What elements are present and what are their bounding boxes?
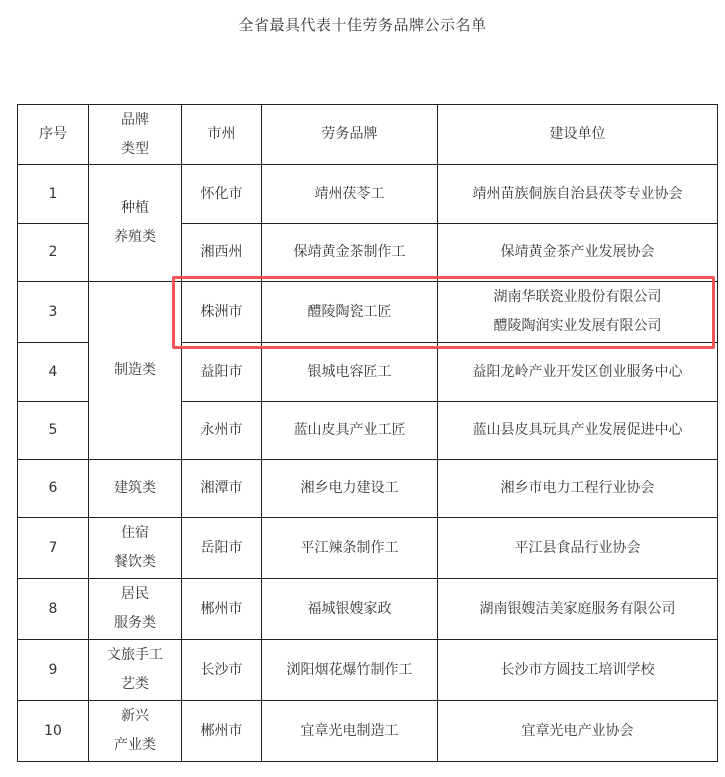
cell-unit: 靖州苗族侗族自治县茯苓专业协会 bbox=[438, 165, 718, 224]
cell-brand: 蓝山皮具产业工匠 bbox=[262, 402, 438, 460]
category-line: 住宿 bbox=[89, 519, 181, 548]
cell-category: 居民 服务类 bbox=[89, 579, 182, 640]
cell-no: 2 bbox=[18, 224, 89, 282]
cell-no: 9 bbox=[18, 640, 89, 701]
table-row: 8 居民 服务类 郴州市 福城银嫂家政 湖南银嫂洁美家庭服务有限公司 bbox=[18, 579, 718, 640]
table-row: 10 新兴 产业类 郴州市 宜章光电制造工 宜章光电产业协会 bbox=[18, 701, 718, 762]
cell-category: 建筑类 bbox=[89, 460, 182, 518]
cell-city: 湘西州 bbox=[182, 224, 262, 282]
cell-city: 长沙市 bbox=[182, 640, 262, 701]
cell-city: 永州市 bbox=[182, 402, 262, 460]
cell-brand: 靖州茯苓工 bbox=[262, 165, 438, 224]
category-line: 居民 bbox=[89, 580, 181, 609]
header-category: 品牌 类型 bbox=[89, 105, 182, 165]
table-row: 7 住宿 餐饮类 岳阳市 平江辣条制作工 平江县食品行业协会 bbox=[18, 518, 718, 579]
cell-brand: 宜章光电制造工 bbox=[262, 701, 438, 762]
cell-city: 郴州市 bbox=[182, 701, 262, 762]
cell-category: 种植 养殖类 bbox=[89, 165, 182, 282]
cell-no: 4 bbox=[18, 343, 89, 402]
cell-brand: 平江辣条制作工 bbox=[262, 518, 438, 579]
cell-no: 7 bbox=[18, 518, 89, 579]
cell-unit: 平江县食品行业协会 bbox=[438, 518, 718, 579]
header-category-line2: 类型 bbox=[89, 135, 181, 164]
header-unit: 建设单位 bbox=[438, 105, 718, 165]
table-header-row: 序号 品牌 类型 市州 劳务品牌 建设单位 bbox=[18, 105, 718, 165]
cell-brand: 福城银嫂家政 bbox=[262, 579, 438, 640]
cell-brand: 保靖黄金茶制作工 bbox=[262, 224, 438, 282]
category-line: 新兴 bbox=[89, 702, 181, 731]
header-city: 市州 bbox=[182, 105, 262, 165]
cell-brand: 浏阳烟花爆竹制作工 bbox=[262, 640, 438, 701]
header-brand: 劳务品牌 bbox=[262, 105, 438, 165]
header-category-line1: 品牌 bbox=[89, 106, 181, 135]
cell-no: 8 bbox=[18, 579, 89, 640]
category-line: 产业类 bbox=[89, 731, 181, 760]
cell-no: 1 bbox=[18, 165, 89, 224]
cell-city: 岳阳市 bbox=[182, 518, 262, 579]
cell-category: 住宿 餐饮类 bbox=[89, 518, 182, 579]
cell-city: 郴州市 bbox=[182, 579, 262, 640]
header-no: 序号 bbox=[18, 105, 89, 165]
unit-line: 醴陵陶润实业发展有限公司 bbox=[438, 312, 717, 341]
cell-no: 6 bbox=[18, 460, 89, 518]
table-row-highlighted: 3 制造类 株洲市 醴陵陶瓷工匠 湖南华联瓷业股份有限公司 醴陵陶润实业发展有限… bbox=[18, 282, 718, 343]
cell-city: 湘潭市 bbox=[182, 460, 262, 518]
cell-brand: 银城电容匠工 bbox=[262, 343, 438, 402]
cell-category: 制造类 bbox=[89, 282, 182, 460]
cell-brand: 湘乡电力建设工 bbox=[262, 460, 438, 518]
cell-unit: 蓝山县皮具玩具产业发展促进中心 bbox=[438, 402, 718, 460]
category-line: 服务类 bbox=[89, 609, 181, 638]
cell-no: 3 bbox=[18, 282, 89, 343]
table-row: 1 种植 养殖类 怀化市 靖州茯苓工 靖州苗族侗族自治县茯苓专业协会 bbox=[18, 165, 718, 224]
cell-no: 10 bbox=[18, 701, 89, 762]
cell-unit: 宜章光电产业协会 bbox=[438, 701, 718, 762]
cell-unit: 益阳龙岭产业开发区创业服务中心 bbox=[438, 343, 718, 402]
page-title: 全省最具代表十佳劳务品牌公示名单 bbox=[0, 14, 725, 35]
unit-line: 湖南华联瓷业股份有限公司 bbox=[438, 283, 717, 312]
cell-category: 文旅手工 艺类 bbox=[89, 640, 182, 701]
category-line: 养殖类 bbox=[89, 223, 181, 252]
cell-unit: 湘乡市电力工程行业协会 bbox=[438, 460, 718, 518]
cell-brand: 醴陵陶瓷工匠 bbox=[262, 282, 438, 343]
cell-no: 5 bbox=[18, 402, 89, 460]
brand-list-table: 序号 品牌 类型 市州 劳务品牌 建设单位 1 种植 养殖类 怀化市 靖州茯苓工… bbox=[17, 104, 718, 762]
table-row: 9 文旅手工 艺类 长沙市 浏阳烟花爆竹制作工 长沙市方圆技工培训学校 bbox=[18, 640, 718, 701]
cell-unit: 湖南银嫂洁美家庭服务有限公司 bbox=[438, 579, 718, 640]
category-line: 文旅手工 bbox=[89, 641, 181, 670]
cell-category: 新兴 产业类 bbox=[89, 701, 182, 762]
table-row: 6 建筑类 湘潭市 湘乡电力建设工 湘乡市电力工程行业协会 bbox=[18, 460, 718, 518]
cell-unit: 长沙市方圆技工培训学校 bbox=[438, 640, 718, 701]
cell-city: 怀化市 bbox=[182, 165, 262, 224]
category-line: 餐饮类 bbox=[89, 548, 181, 577]
category-line: 种植 bbox=[89, 194, 181, 223]
category-line: 艺类 bbox=[89, 670, 181, 699]
cell-unit: 湖南华联瓷业股份有限公司 醴陵陶润实业发展有限公司 bbox=[438, 282, 718, 343]
cell-city: 益阳市 bbox=[182, 343, 262, 402]
cell-city: 株洲市 bbox=[182, 282, 262, 343]
cell-unit: 保靖黄金茶产业发展协会 bbox=[438, 224, 718, 282]
